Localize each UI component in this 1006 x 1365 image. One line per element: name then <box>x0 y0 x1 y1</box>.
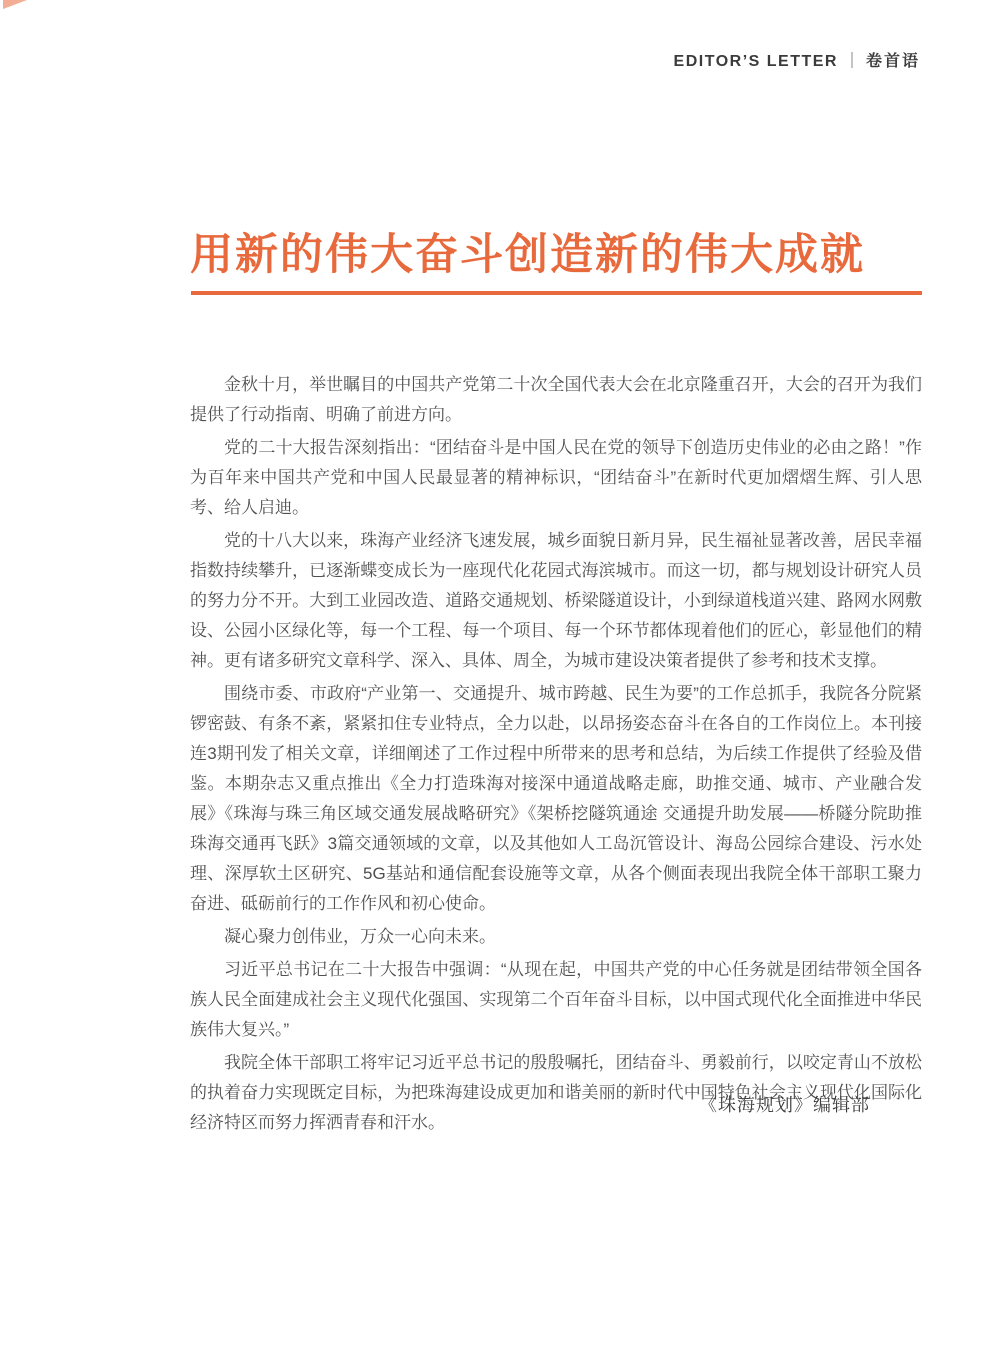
paragraph-4: 围绕市委、市政府“产业第一、交通提升、城市跨越、民生为要”的工作总抓手，我院各分… <box>190 679 922 919</box>
header-divider: ｜ <box>844 53 860 70</box>
paragraph-2: 党的二十大报告深刻指出：“团结奋斗是中国人民在党的领导下创造历史伟业的必由之路！… <box>190 433 922 523</box>
paragraph-5: 凝心聚力创伟业，万众一心向未来。 <box>190 922 922 952</box>
title-underline-rule <box>191 291 922 295</box>
corner-triangle-decoration <box>3 0 27 9</box>
paragraph-1: 金秋十月，举世瞩目的中国共产党第二十次全国代表大会在北京隆重召开，大会的召开为我… <box>190 370 922 430</box>
header-title-en: EDITOR’S LETTER <box>674 53 838 70</box>
magazine-page: EDITOR’S LETTER｜卷首语 用新的伟大奋斗创造新的伟大成就 金秋十月… <box>0 0 1006 1365</box>
page-header: EDITOR’S LETTER｜卷首语 <box>674 51 920 72</box>
paragraph-6: 习近平总书记在二十大报告中强调：“从现在起，中国共产党的中心任务就是团结带领全国… <box>190 955 922 1045</box>
paragraph-3: 党的十八大以来，珠海产业经济飞速发展，城乡面貌日新月异，民生福祉显著改善，居民幸… <box>190 526 922 676</box>
header-title-zh: 卷首语 <box>866 53 920 70</box>
editorial-signature: 《珠海规划》编辑部 <box>699 1093 870 1117</box>
article-body: 金秋十月，举世瞩目的中国共产党第二十次全国代表大会在北京隆重召开，大会的召开为我… <box>190 370 922 1141</box>
article-title: 用新的伟大奋斗创造新的伟大成就 <box>190 230 865 280</box>
